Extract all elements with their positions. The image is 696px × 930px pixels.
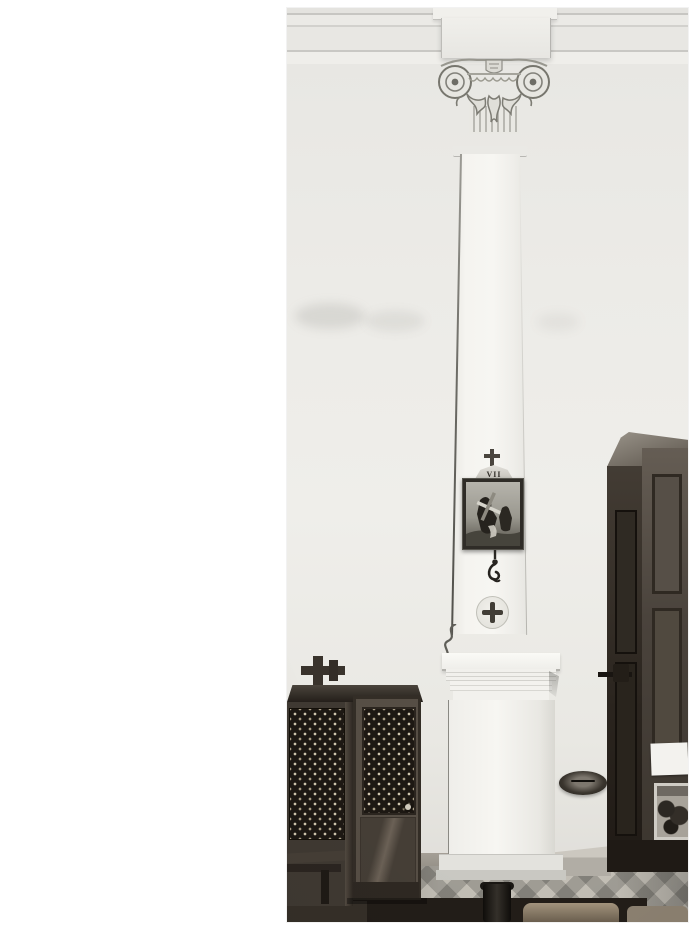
cabinet-side-panel [615,510,637,654]
confessional-cross-finial [301,666,345,675]
page-background: VII [0,0,696,930]
confessional-bench-leg [321,870,329,904]
notice-poster [654,783,688,840]
door-knob [405,804,411,810]
wooden-cabinet [607,432,688,872]
confessional-stile [345,702,353,906]
candle-sconce [484,550,506,586]
door-plinth [353,882,419,898]
cross-icon [482,610,503,615]
pedestal-molding [450,681,552,691]
pedestal-molding [446,669,556,681]
confessional-bench-rail [287,864,341,872]
station-of-the-cross-frame [462,478,524,550]
cabinet-front-panel [652,608,682,758]
corinthian-capital [437,52,551,150]
notice-paper [650,742,688,775]
station-painting [466,482,520,546]
confessional [287,656,427,906]
cabinet-latch-plate [613,664,629,682]
confessional-cross-finial [329,660,338,681]
door-floor-shadow [347,898,427,904]
alms-box-slot [571,780,595,782]
confessional-lattice-panel [289,708,345,840]
photograph: VII [287,8,688,922]
pew-top-rail [627,906,688,922]
station-cross-finial-arm [484,454,500,458]
confessional-door [353,696,421,900]
pedestal-shadow-chip [549,671,559,697]
pedestal-subbase [436,870,566,880]
wall-smudge [537,313,579,331]
pew-top-rail [523,903,619,922]
wall-smudge [365,310,425,332]
pedestal-body [448,700,555,856]
cabinet-side-panel [615,662,637,836]
alms-box [559,771,607,795]
consecration-cross-medallion [476,596,509,629]
cabinet-front-panel [652,474,682,594]
cabinet-base [607,840,688,872]
wall-smudge [295,303,365,329]
confessional-cross-finial [313,656,323,685]
door-lattice-panel [362,707,416,815]
dark-stand [483,884,511,922]
